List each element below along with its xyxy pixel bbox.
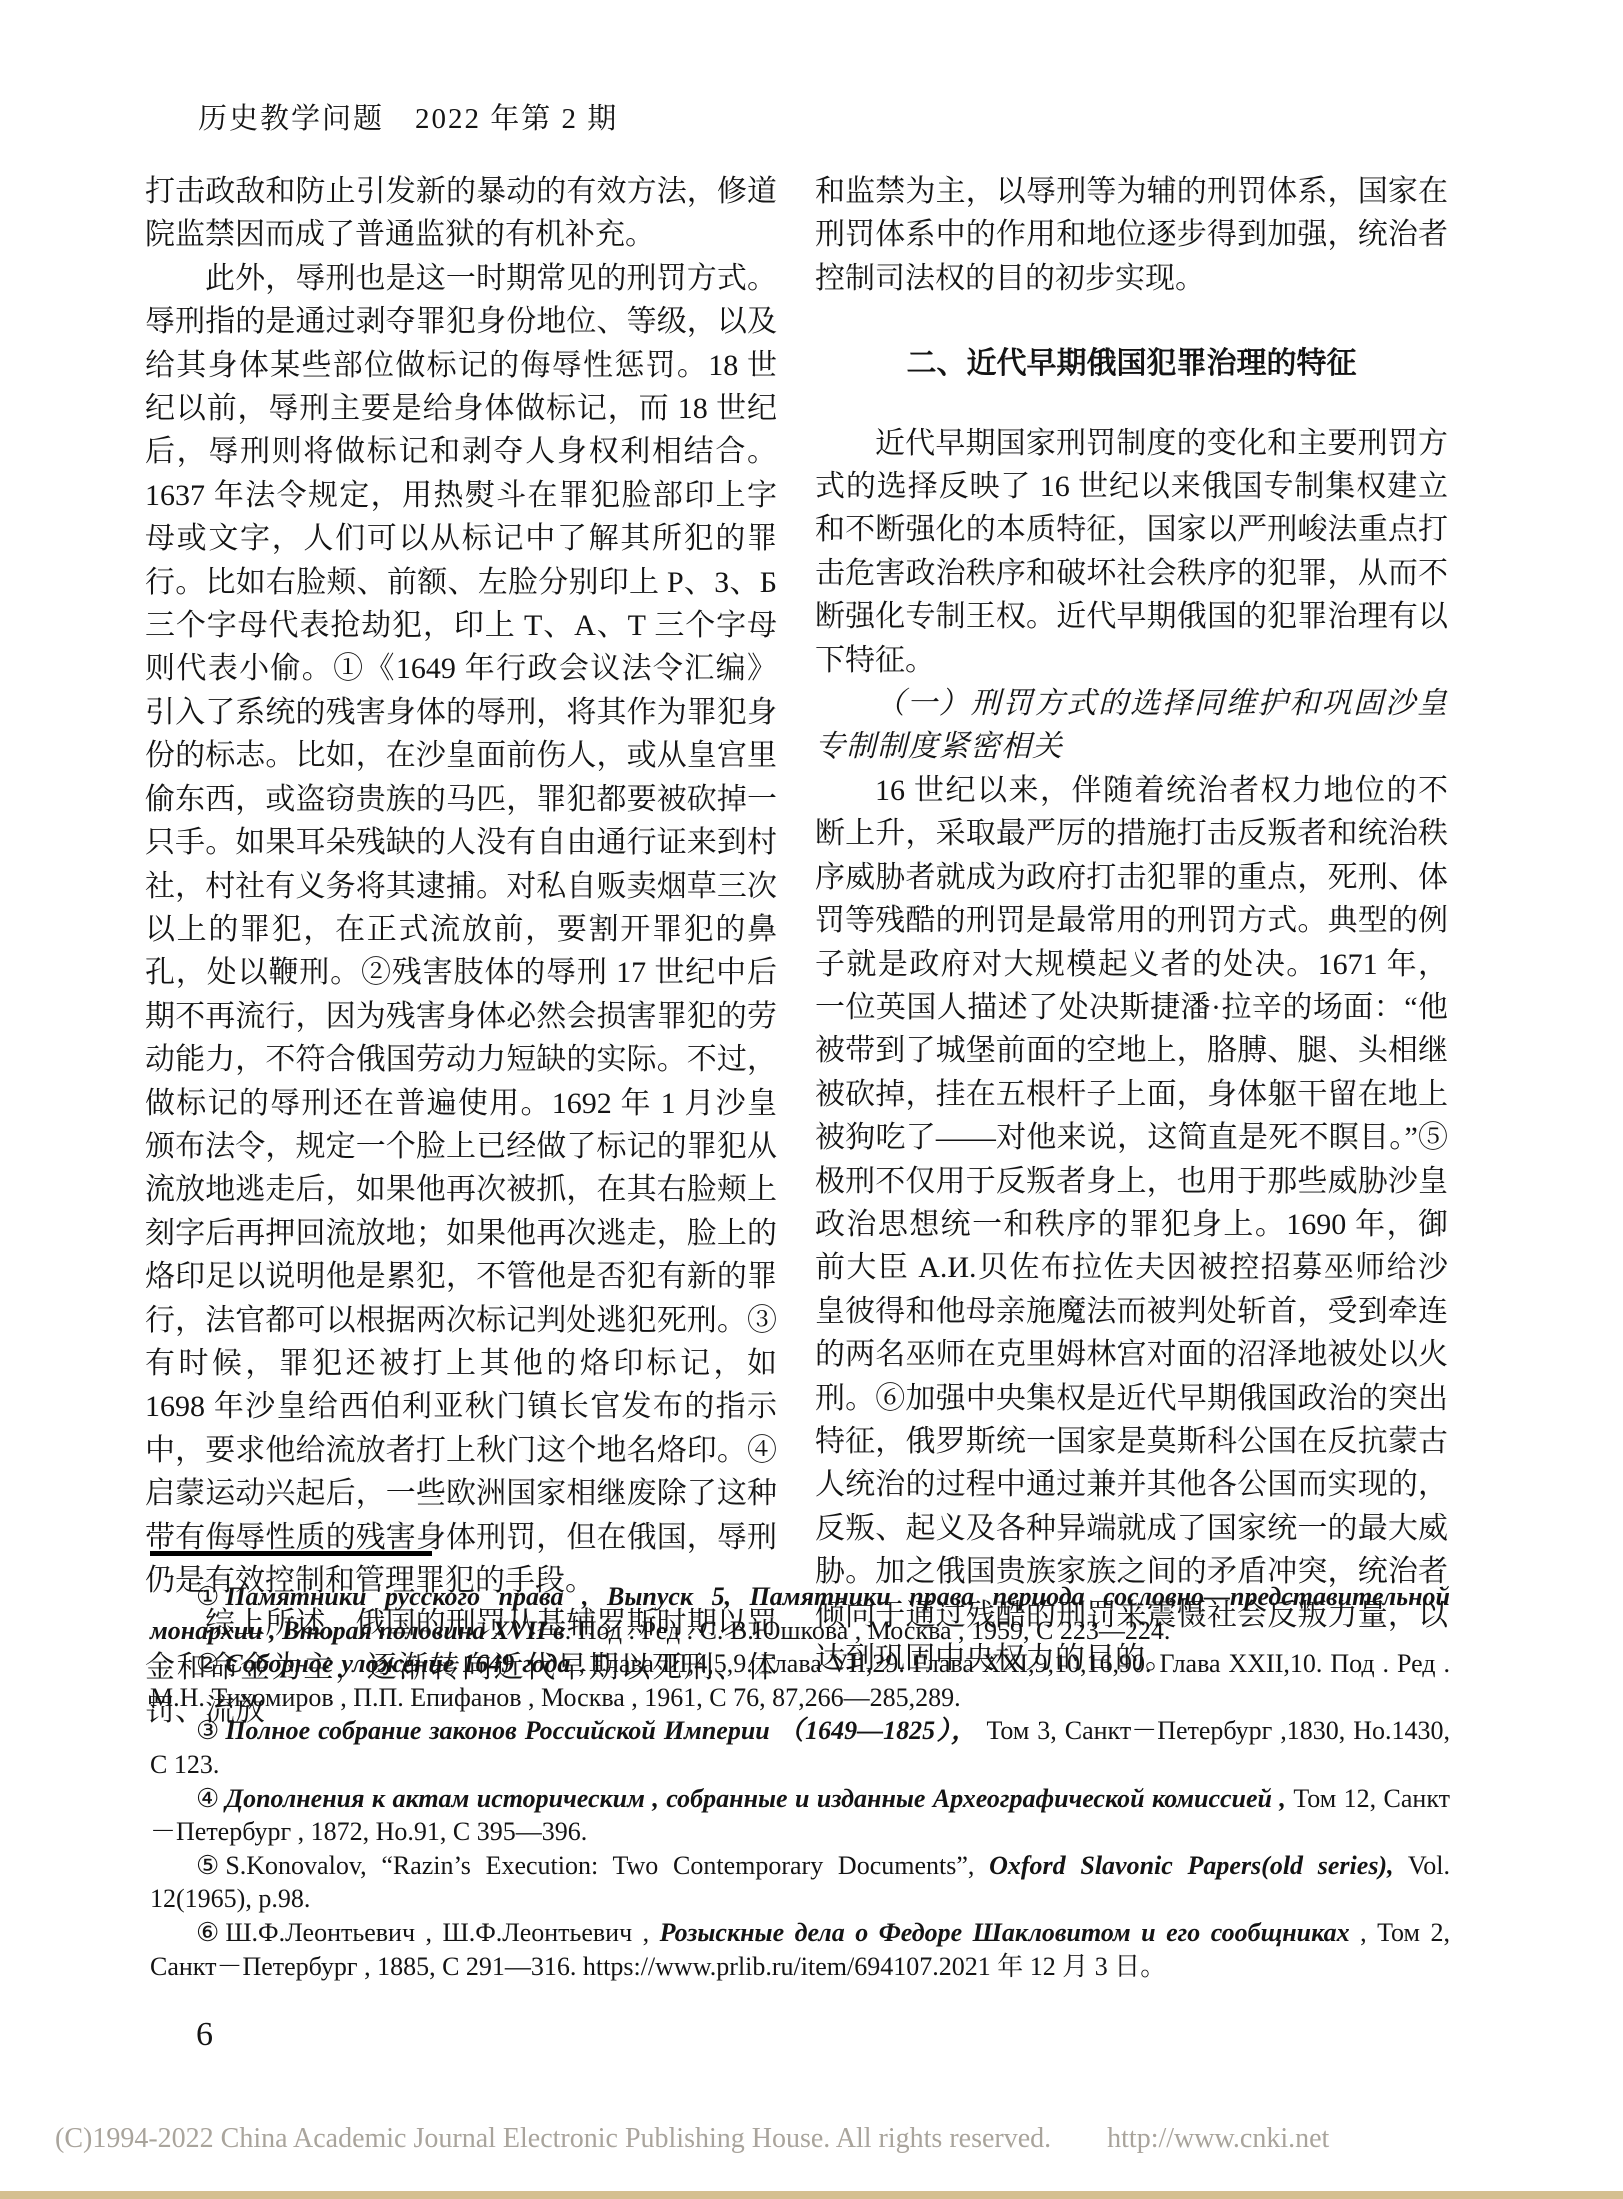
bottom-accent-bar (0, 2191, 1623, 2199)
footnote: ①Памятники русского права , Выпуск 5, Па… (150, 1580, 1450, 1647)
paragraph: 16 世纪以来，伴随着统治者权力地位的不断上升，采取最严厉的措施打击反叛者和统治… (815, 769, 1448, 1681)
footnote-text: . Под . Ред . С. В.Юшкова , Москва , 195… (565, 1616, 1171, 1645)
page-number: 6 (196, 2016, 213, 2054)
paragraph: 和监禁为主，以辱刑等为辅的刑罚体系，国家在刑罚体系中的作用和地位逐步得到加强，统… (815, 170, 1448, 300)
right-column: 和监禁为主，以辱刑等为辅的刑罚体系，国家在刑罚体系中的作用和地位逐步得到加强，统… (815, 170, 1448, 1680)
subsection-heading: （一）刑罚方式的选择同维护和巩固沙皇专制制度紧密相关 (815, 682, 1448, 769)
footnote-number: ③ (196, 1714, 219, 1748)
paragraph: 打击政敌和防止引发新的暴动的有效方法，修道院监禁因而成了普通监狱的有机补充。 (145, 170, 777, 257)
running-header: 历史教学问题 2022 年第 2 期 (198, 96, 618, 137)
footnote-separator (150, 1551, 432, 1556)
footnote-text: Дополнения к актам историческим , собран… (225, 1784, 1286, 1813)
footnote-text: S.Konovalov, “Razin’s Execution: Two Con… (225, 1851, 989, 1880)
section-heading: 二、近代早期俄国犯罪治理的特征 (815, 342, 1448, 385)
footnote: ⑤S.Konovalov, “Razin’s Execution: Two Co… (150, 1849, 1450, 1916)
footnote-number: ⑤ (196, 1849, 219, 1883)
footnote: ⑥Ш.Ф.Леонтьевич , Ш.Ф.Леонтьевич , Розыс… (150, 1916, 1450, 1983)
footnote: ④Дополнения к актам историческим , собра… (150, 1782, 1450, 1849)
paragraph: 此外，辱刑也是这一时期常见的刑罚方式。辱刑指的是通过剥夺罪犯身份地位、等级，以及… (145, 257, 777, 1603)
footnotes-block: ①Памятники русского права , Выпуск 5, Па… (150, 1580, 1450, 1983)
paragraph: 近代早期国家刑罚制度的变化和主要刑罚方式的选择反映了 16 世纪以来俄国专制集权… (815, 422, 1448, 682)
footnote: ③Полное собрание законов Российской Импе… (150, 1714, 1450, 1781)
footnote-number: ⑥ (196, 1916, 219, 1950)
footnote-text: Соборное уложение 1649 года (225, 1649, 570, 1678)
left-column: 打击政敌和防止引发新的暴动的有效方法，修道院监禁因而成了普通监狱的有机补充。此外… (145, 170, 777, 1733)
footnote-text: Розыскные дела о Федоре Шакловитом и его… (660, 1918, 1350, 1947)
footnote-text: Ш.Ф.Леонтьевич , Ш.Ф.Леонтьевич , (225, 1918, 659, 1947)
footnote: ②Соборное уложение 1649 года , Глава III… (150, 1647, 1450, 1714)
footnote-number: ② (196, 1647, 219, 1681)
footnote-text: Oxford Slavonic Papers(old series), (989, 1851, 1394, 1880)
journal-page: 历史教学问题 2022 年第 2 期 打击政敌和防止引发新的暴动的有效方法，修道… (0, 0, 1623, 2199)
footnote-text: Полное собрание законов Российской Импер… (225, 1716, 978, 1745)
copyright-line: (C)1994-2022 China Academic Journal Elec… (55, 2116, 1329, 2156)
footnote-number: ① (196, 1580, 219, 1614)
footnote-number: ④ (196, 1782, 219, 1816)
